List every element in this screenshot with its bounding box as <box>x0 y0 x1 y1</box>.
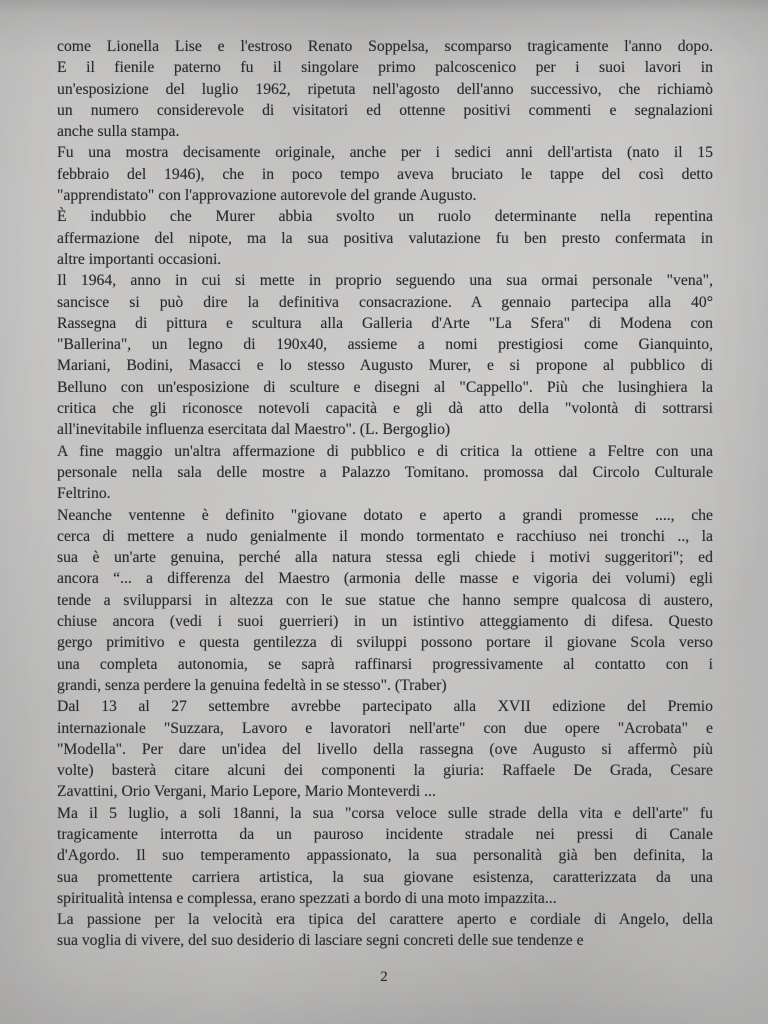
text-line: gergo primitivo e questa gentilezza di s… <box>57 632 713 653</box>
paragraph-7: Dal 13 al 27 settembre avrebbe partecipa… <box>57 696 713 802</box>
text-line: Belluno con un'esposizione di sculture e… <box>57 377 713 398</box>
text-line: chiuse ancora (vedi i suoi guerrieri) in… <box>57 611 713 632</box>
text-line: Il 1964, anno in cui si mette in proprio… <box>57 270 713 291</box>
text-line: affermazione del nipote, ma la sua posit… <box>57 228 713 249</box>
text-line: d'Agordo. Il suo temperamento appassiona… <box>57 845 713 866</box>
text-line: sua promettente carriera artistica, la s… <box>57 867 713 888</box>
text-line: tende a svilupparsi in altezza con le su… <box>57 590 713 611</box>
text-line: E il fienile paterno fu il singolare pri… <box>57 57 713 78</box>
text-line: "apprendistato" con l'approvazione autor… <box>57 185 713 206</box>
text-line: Fu una mostra decisamente originale, anc… <box>57 142 713 163</box>
text-line: critica che gli riconosce notevoli capac… <box>57 398 713 419</box>
text-line: ancora “... a differenza del Maestro (ar… <box>57 568 713 589</box>
text-line: "Ballerina", un legno di 190x40, assieme… <box>57 334 713 355</box>
text-line: un'esposizione del luglio 1962, ripetuta… <box>57 79 713 100</box>
paragraph-3: È indubbio che Murer abbia svolto un ruo… <box>57 206 713 270</box>
text-line: È indubbio che Murer abbia svolto un ruo… <box>57 206 713 227</box>
text-line: cerca di mettere a nudo genialmente il m… <box>57 526 713 547</box>
paragraph-6: Neanche ventenne è definito "giovane dot… <box>57 505 713 697</box>
text-line: come Lionella Lise e l'estroso Renato So… <box>57 36 713 57</box>
paragraph-2: Fu una mostra decisamente originale, anc… <box>57 142 713 206</box>
text-line: Zavattini, Orio Vergani, Mario Lepore, M… <box>57 781 713 802</box>
paragraph-5: A fine maggio un'altra affermazione di p… <box>57 441 713 505</box>
text-line: una completa autonomia, se saprà raffina… <box>57 654 713 675</box>
page-number: 2 <box>0 969 768 986</box>
text-line: Feltrino. <box>57 483 713 504</box>
text-line: "Modella". Per dare un'idea del livello … <box>57 739 713 760</box>
paragraph-8: Ma il 5 luglio, a soli 18anni, la sua "c… <box>57 803 713 909</box>
text-line: Mariani, Bodini, Masacci e lo stesso Aug… <box>57 355 713 376</box>
text-line: volte) basterà citare alcuni dei compone… <box>57 760 713 781</box>
text-line: spiritualità intensa e complessa, erano … <box>57 888 713 909</box>
text-line: Neanche ventenne è definito "giovane dot… <box>57 505 713 526</box>
text-line: sancisce si può dire la definitiva consa… <box>57 292 713 313</box>
text-line: A fine maggio un'altra affermazione di p… <box>57 441 713 462</box>
text-line: personale nella sala delle mostre a Pala… <box>57 462 713 483</box>
document-text-block: come Lionella Lise e l'estroso Renato So… <box>57 36 713 952</box>
text-line: tragicamente interrotta da un pauroso in… <box>57 824 713 845</box>
text-line: anche sulla stampa. <box>57 121 713 142</box>
text-line: un numero considerevole di visitatori ed… <box>57 100 713 121</box>
text-line: sua voglia di vivere, del suo desiderio … <box>57 930 713 951</box>
text-line: Dal 13 al 27 settembre avrebbe partecipa… <box>57 696 713 717</box>
paragraph-4: Il 1964, anno in cui si mette in proprio… <box>57 270 713 440</box>
paragraph-9: La passione per la velocità era tipica d… <box>57 909 713 952</box>
text-line: febbraio del 1946), che in poco tempo av… <box>57 164 713 185</box>
text-line: sua è un'arte genuina, perché alla natur… <box>57 547 713 568</box>
scanned-page-photo: come Lionella Lise e l'estroso Renato So… <box>0 0 768 1024</box>
text-line: La passione per la velocità era tipica d… <box>57 909 713 930</box>
text-line: altre importanti occasioni. <box>57 249 713 270</box>
text-line: grandi, senza perdere la genuina fedeltà… <box>57 675 713 696</box>
text-line: internazionale "Suzzara, Lavoro e lavora… <box>57 718 713 739</box>
text-line: Ma il 5 luglio, a soli 18anni, la sua "c… <box>57 803 713 824</box>
text-line: Rassegna di pittura e scultura alla Gall… <box>57 313 713 334</box>
paragraph-1: come Lionella Lise e l'estroso Renato So… <box>57 36 713 142</box>
text-line: all'inevitabile influenza esercitata dal… <box>57 419 713 440</box>
